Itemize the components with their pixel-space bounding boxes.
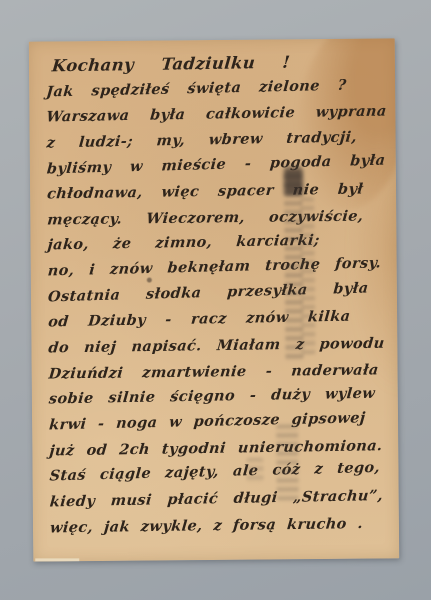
- letter-paper: Kochany Tadziulku ! Jak spędziłeś święta…: [29, 38, 400, 561]
- ink-bleed-smudge: [300, 197, 315, 355]
- ink-bleed-smudge: [246, 458, 263, 484]
- ink-speck: [147, 278, 152, 283]
- ink-bleed-smudge: [276, 424, 299, 500]
- handwritten-text-block: Kochany Tadziulku ! Jak spędziłeś święta…: [46, 50, 399, 540]
- ink-blot: [284, 168, 303, 195]
- paper-edge-highlight: [35, 558, 79, 561]
- letter-line: kiedy musi płacić długi „Strachu”,: [49, 483, 385, 515]
- letter-line: więc, jak zwykle, z forsą krucho .: [49, 511, 364, 541]
- letter-line: do niej napisać. Miałam z powodu: [47, 331, 385, 361]
- letter-line: chłodnawa, więc spacer nie był: [46, 177, 364, 208]
